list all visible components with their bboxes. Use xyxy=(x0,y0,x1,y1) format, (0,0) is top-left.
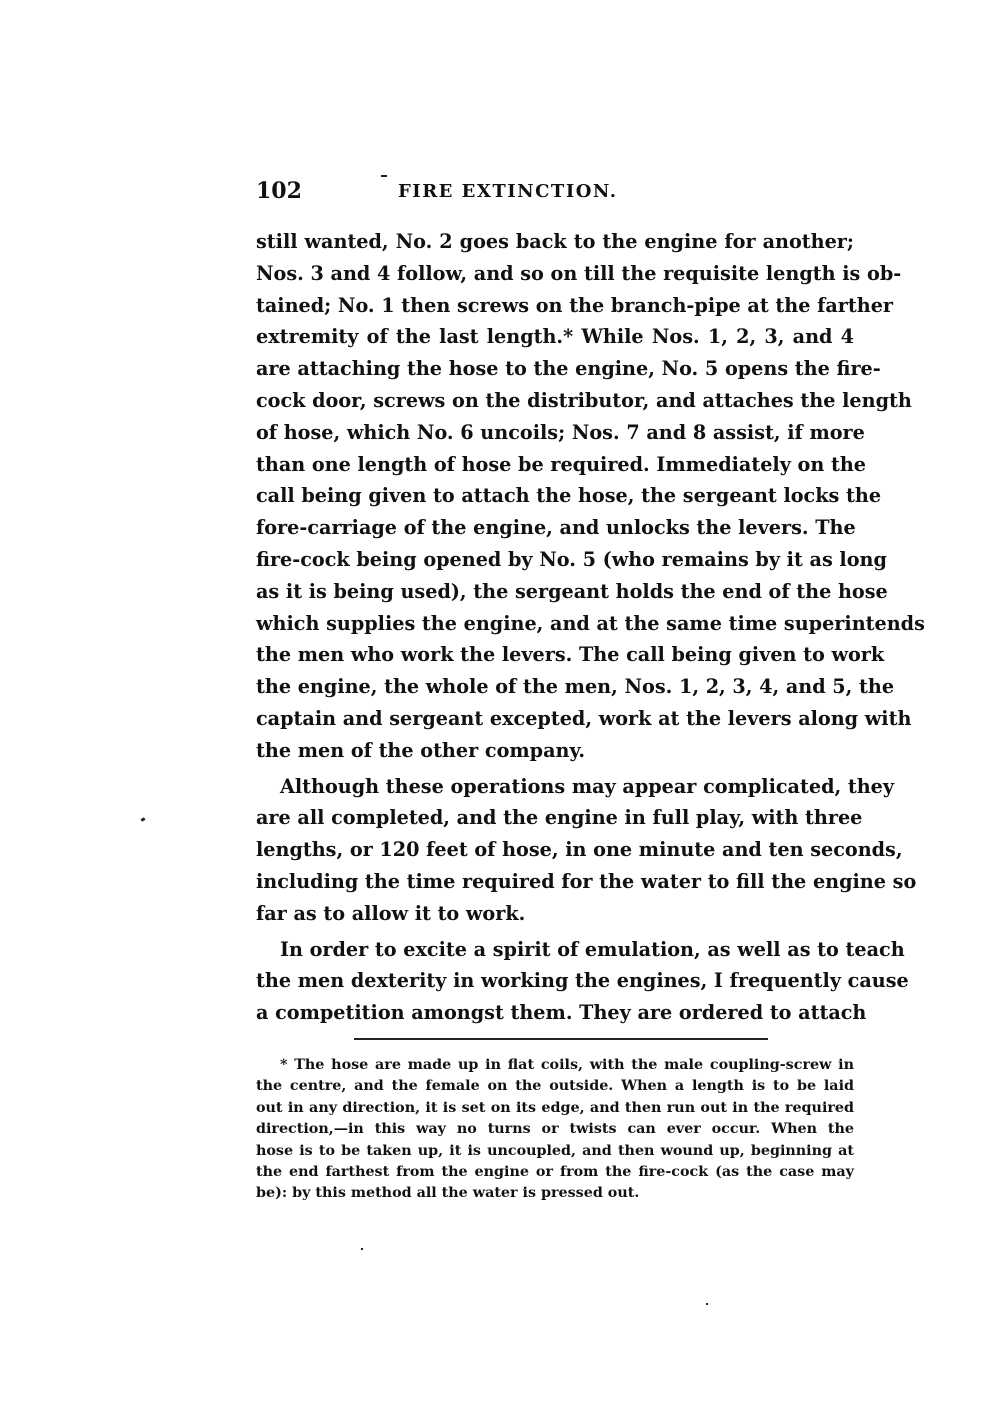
paragraph-1: still wanted, No. 2 goes back to the eng… xyxy=(256,226,854,767)
scan-speck xyxy=(361,1248,363,1250)
text-line: the men of the other company. xyxy=(256,735,854,767)
text-line: captain and sergeant excepted, work at t… xyxy=(256,703,854,735)
book-page: 102 FIRE EXTINCTION. still wanted, No. 2… xyxy=(0,0,1005,1408)
text-line: are all completed, and the engine in ful… xyxy=(256,802,854,834)
footnote: * The hose are made up in flat coils, wi… xyxy=(256,1055,854,1205)
text-line: Although these operations may appear com… xyxy=(256,771,854,803)
footnote-line: the centre, and the female on the outsid… xyxy=(256,1076,854,1097)
scan-speck xyxy=(706,1303,708,1305)
page-number: 102 xyxy=(256,178,302,204)
text-line: the men dexterity in working the engines… xyxy=(256,965,854,997)
text-line: far as to allow it to work. xyxy=(256,898,854,930)
text-line: a competition amongst them. They are ord… xyxy=(256,997,854,1029)
text-line: cock door, screws on the distributor, an… xyxy=(256,385,854,417)
text-line: fore-carriage of the engine, and unlocks… xyxy=(256,512,854,544)
text-line: fire-cock being opened by No. 5 (who rem… xyxy=(256,544,854,576)
footnote-line: the end farthest from the engine or from… xyxy=(256,1162,854,1183)
text-line: than one length of hose be required. Imm… xyxy=(256,449,854,481)
footnote-line: * The hose are made up in flat coils, wi… xyxy=(256,1055,854,1076)
scan-speck xyxy=(141,817,146,822)
text-line: including the time required for the wate… xyxy=(256,866,854,898)
text-line: which supplies the engine, and at the sa… xyxy=(256,608,854,640)
footnote-line: hose is to be taken up, it is uncoupled,… xyxy=(256,1141,854,1162)
text-line: tained; No. 1 then screws on the branch-… xyxy=(256,290,854,322)
footnote-line: be): by this method all the water is pre… xyxy=(256,1183,854,1204)
footnote-line: direction,—in this way no turns or twist… xyxy=(256,1119,854,1140)
text-line: the men who work the levers. The call be… xyxy=(256,639,854,671)
text-line: extremity of the last length.* While Nos… xyxy=(256,321,854,353)
body-text: still wanted, No. 2 goes back to the eng… xyxy=(256,226,854,1029)
text-line: the engine, the whole of the men, Nos. 1… xyxy=(256,671,854,703)
text-line: as it is being used), the sergeant holds… xyxy=(256,576,854,608)
running-head: 102 FIRE EXTINCTION. xyxy=(256,178,856,208)
text-line: In order to excite a spirit of emulation… xyxy=(256,934,854,966)
footnote-divider xyxy=(354,1038,768,1040)
paragraph-3: In order to excite a spirit of emulation… xyxy=(256,934,854,1029)
text-line: lengths, or 120 feet of hose, in one min… xyxy=(256,834,854,866)
text-line: are attaching the hose to the engine, No… xyxy=(256,353,854,385)
scan-speck xyxy=(381,175,387,177)
text-line: call being given to attach the hose, the… xyxy=(256,480,854,512)
text-line: Nos. 3 and 4 follow, and so on till the … xyxy=(256,258,854,290)
paragraph-2: Although these operations may appear com… xyxy=(256,771,854,930)
footnote-line: out in any direction, it is set on its e… xyxy=(256,1098,854,1119)
text-line: of hose, which No. 6 uncoils; Nos. 7 and… xyxy=(256,417,854,449)
text-line: still wanted, No. 2 goes back to the eng… xyxy=(256,226,854,258)
running-title: FIRE EXTINCTION. xyxy=(398,181,618,202)
